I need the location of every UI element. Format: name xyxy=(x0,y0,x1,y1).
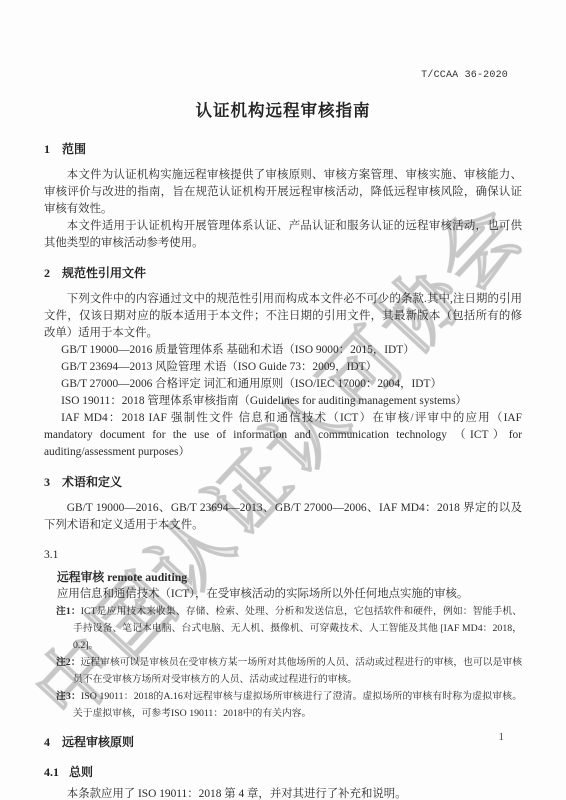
normative-reference: GB/T 23694—2013 风险管理 术语（ISO Guide 73：200… xyxy=(44,359,522,376)
note-1-text: ICT是应用技术来收集、存储、检索、处理、分析和发送信息，它包括软件和硬件，例如… xyxy=(73,606,522,651)
note-2-label: 注2： xyxy=(56,657,81,668)
term-name: 远程审核 remote auditing xyxy=(57,569,522,586)
section-2-heading: 2规范性引用文件 xyxy=(44,265,522,281)
section-1-title: 范围 xyxy=(62,142,86,156)
note-1: 注1：ICT是应用技术来收集、存储、检索、处理、分析和发送信息，它包括软件和硬件… xyxy=(44,603,522,654)
section-1-paragraph-1: 本文件为认证机构实施远程审核提供了审核原则、审核方案管理、审核实施、审核能力、审… xyxy=(44,167,522,218)
section-4-number: 4 xyxy=(44,734,50,750)
document-title: 认证机构远程审核指南 xyxy=(0,97,566,121)
section-3-intro: GB/T 19000—2016、GB/T 23694—2013、GB/T 270… xyxy=(44,500,522,534)
clause-4-1-paragraph: 本条款应用了 ISO 19011：2018 第 4 章，并对其进行了补充和说明。 xyxy=(44,786,522,800)
note-2-text: 远程审核可以是审核员在受审核方某一场所对其他场所的人员、活动或过程进行的审核，也… xyxy=(73,657,522,685)
section-2-title: 规范性引用文件 xyxy=(62,266,146,280)
section-3-title: 术语和定义 xyxy=(62,475,122,489)
section-2-intro: 下列文件中的内容通过文中的规范性引用而构成本文件必不可少的条款.其中,注日期的引… xyxy=(44,291,522,342)
note-3: 注3：ISO 19011：2018的A.16对远程审核与虚拟场所审核进行了澄清。… xyxy=(44,688,522,722)
normative-reference: GB/T 19000—2016 质量管理体系 基础和术语（ISO 9000：20… xyxy=(44,342,522,359)
note-2: 注2：远程审核可以是审核员在受审核方某一场所对其他场所的人员、活动或过程进行的审… xyxy=(44,654,522,688)
clause-4-1-title: 总则 xyxy=(69,765,93,779)
clause-4-1-heading: 4.1总则 xyxy=(44,764,522,780)
section-1-number: 1 xyxy=(44,141,50,157)
term-definition: 应用信息和通信技术（ICT），在受审核活动的实际场所以外任何地点实施的审核。 xyxy=(57,586,522,603)
normative-reference: IAF MD4：2018 IAF 强制性文件 信息和通信技术（ICT）在审核/评… xyxy=(44,410,522,461)
section-4-heading: 4远程审核原则 xyxy=(44,734,522,750)
clause-3-1-number: 3.1 xyxy=(44,547,522,563)
document-page: 中国认证认可协会 T/CCAA 36-2020 认证机构远程审核指南 1范围 本… xyxy=(0,0,566,800)
document-body: 1范围 本文件为认证机构实施远程审核提供了审核原则、审核方案管理、审核实施、审核… xyxy=(44,141,522,800)
note-1-label: 注1： xyxy=(56,606,81,617)
section-3-heading: 3术语和定义 xyxy=(44,474,522,490)
normative-reference: ISO 19011：2018 管理体系审核指南（Guidelines for a… xyxy=(44,393,522,410)
page-number: 1 xyxy=(499,731,505,743)
standard-code: T/CCAA 36-2020 xyxy=(421,70,508,81)
clause-4-1-number: 4.1 xyxy=(44,764,59,780)
section-1-heading: 1范围 xyxy=(44,141,522,157)
section-2-number: 2 xyxy=(44,265,50,281)
section-3-number: 3 xyxy=(44,474,50,490)
section-1-paragraph-2: 本文件适用于认证机构开展管理体系认证、产品认证和服务认证的远程审核活动，也可供其… xyxy=(44,218,522,252)
note-3-text: ISO 19011：2018的A.16对远程审核与虚拟场所审核进行了澄清。虚拟场… xyxy=(73,691,522,719)
section-4-title: 远程审核原则 xyxy=(62,735,134,749)
note-3-label: 注3： xyxy=(56,691,81,702)
normative-reference: GB/T 27000—2006 合格评定 词汇和通用原则（ISO/IEC 170… xyxy=(44,376,522,393)
